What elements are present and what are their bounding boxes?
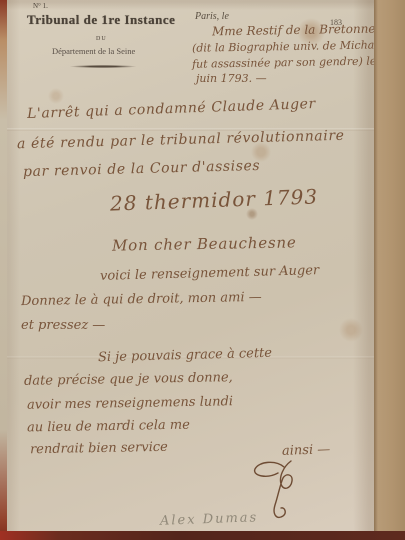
letterhead-rule [70,65,136,68]
book-page-edge [374,0,405,540]
letterhead-department: Département de la Seine [52,46,135,56]
photo-left-edge [0,0,7,540]
photo-bottom-edge [0,531,405,540]
letterhead-du: DU [96,36,107,42]
letter-salutation: Mon cher Beauchesne [112,233,297,254]
letter-closing: ainsi — [282,442,331,459]
annotation-line: juin 1793. — [196,72,267,85]
letter-photograph: N° 1. Tribunal de 1re Instance DU Départ… [0,0,405,540]
letterhead-number: N° 1. [33,2,48,10]
letter-line: au lieu de mardi cela me [27,418,190,436]
letter-line: et pressez — [21,318,105,333]
printed-place-date: Paris, le [195,11,229,22]
letterhead-court-title: Tribunal de 1re Instance [27,12,175,28]
annotation-line: Mme Restif de la Bretonne [212,22,376,39]
letter-line: rendrait bien service [30,440,168,457]
